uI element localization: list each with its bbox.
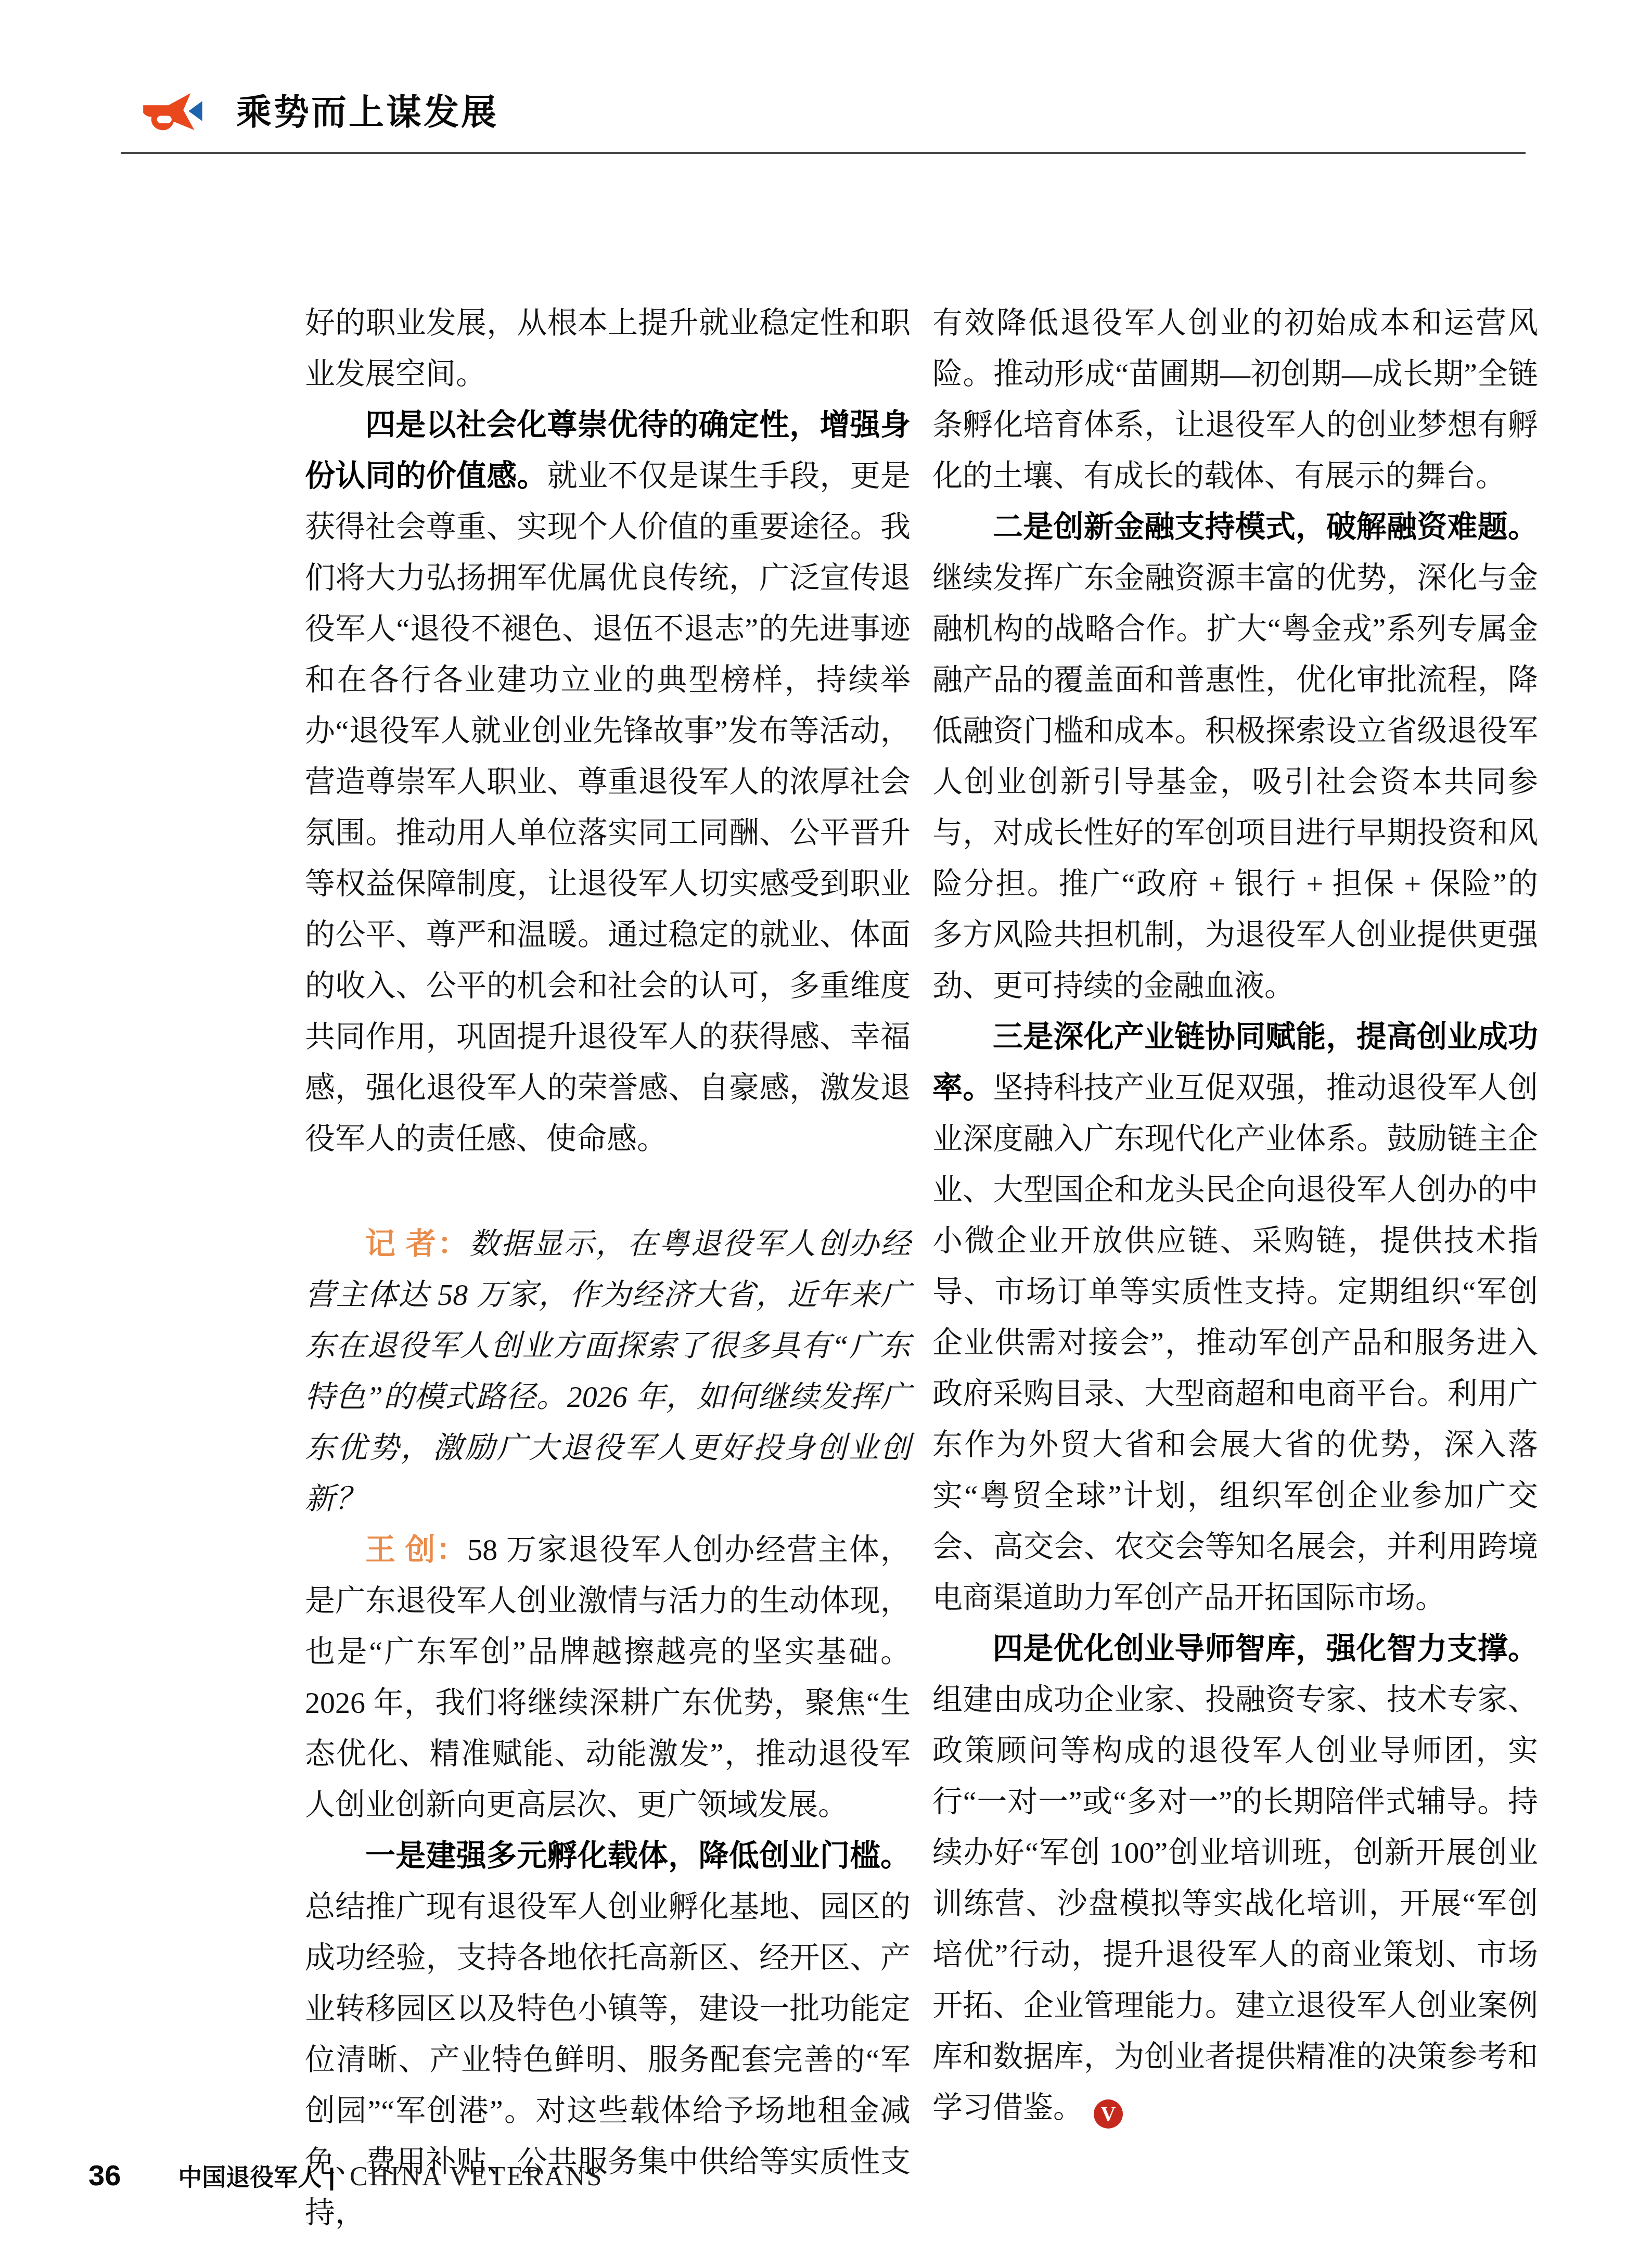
article-paragraph: 记 者：数据显示，在粤退役军人创办经营主体达 58 万家，作为经济大省，近年来广…: [305, 1219, 911, 1524]
article-paragraph: 四是优化创业导师智库，强化智力支撑。组建由成功企业家、投融资专家、技术专家、政策…: [932, 1623, 1538, 2133]
header-divider: [121, 152, 1526, 154]
magazine-name-en: CHINA VETERANS: [350, 2161, 603, 2192]
speaker-label: 王 创：: [365, 1533, 467, 1567]
bugle-logo-icon: [140, 93, 209, 132]
paragraph-lead: 四是以社会化尊崇优待的确定性，增强身份认同的价值感。: [305, 408, 911, 493]
article-paragraph: 四是以社会化尊崇优待的确定性，增强身份认同的价值感。就业不仅是谋生手段，更是获得…: [305, 400, 911, 1164]
paragraph-lead: 一是建强多元孵化载体，降低创业门槛。: [365, 1839, 911, 1873]
paragraph-lead: 四是优化创业导师智库，强化智力支撑。: [993, 1632, 1538, 1666]
article-paragraph: 好的职业发展，从根本上提升就业稳定性和职业发展空间。: [305, 298, 911, 400]
paragraph-spacer: [305, 1164, 911, 1219]
article-end-icon: V: [1094, 2099, 1123, 2129]
article-column-left: 好的职业发展，从根本上提升就业稳定性和职业发展空间。四是以社会化尊崇优待的确定性…: [305, 298, 911, 2238]
article-column-right: 有效降低退役军人创业的初始成本和运营风险。推动形成“苗圃期—初创期—成长期”全链…: [932, 298, 1538, 2133]
paragraph-lead: 二是创新金融支持模式，破解融资难题。: [993, 510, 1538, 544]
article-paragraph: 王 创：58 万家退役军人创办经营主体，是广东退役军人创业激情与活力的生动体现，…: [305, 1524, 911, 1830]
article-paragraph: 二是创新金融支持模式，破解融资难题。继续发挥广东金融资源丰富的优势，深化与金融机…: [932, 502, 1538, 1011]
article-series-title: 乘势而上谋发展: [236, 95, 498, 130]
article-paragraph: 三是深化产业链协同赋能，提高创业成功率。坚持科技产业互促双强，推动退役军人创业深…: [932, 1011, 1538, 1623]
page-footer: 36 中国退役军人 | CHINA VETERANS: [88, 2158, 603, 2193]
paragraph-lead: 三是深化产业链协同赋能，提高创业成功率。: [932, 1020, 1538, 1105]
magazine-name-cn: 中国退役军人 |: [178, 2158, 335, 2193]
magazine-page: 乘势而上谋发展 好的职业发展，从根本上提升就业稳定性和职业发展空间。四是以社会化…: [0, 0, 1652, 2242]
page-header: 乘势而上谋发展: [140, 93, 498, 132]
page-number: 36: [88, 2158, 121, 2192]
speaker-label: 记 者：: [365, 1227, 469, 1261]
article-paragraph: 有效降低退役军人创业的初始成本和运营风险。推动形成“苗圃期—初创期—成长期”全链…: [932, 298, 1538, 502]
